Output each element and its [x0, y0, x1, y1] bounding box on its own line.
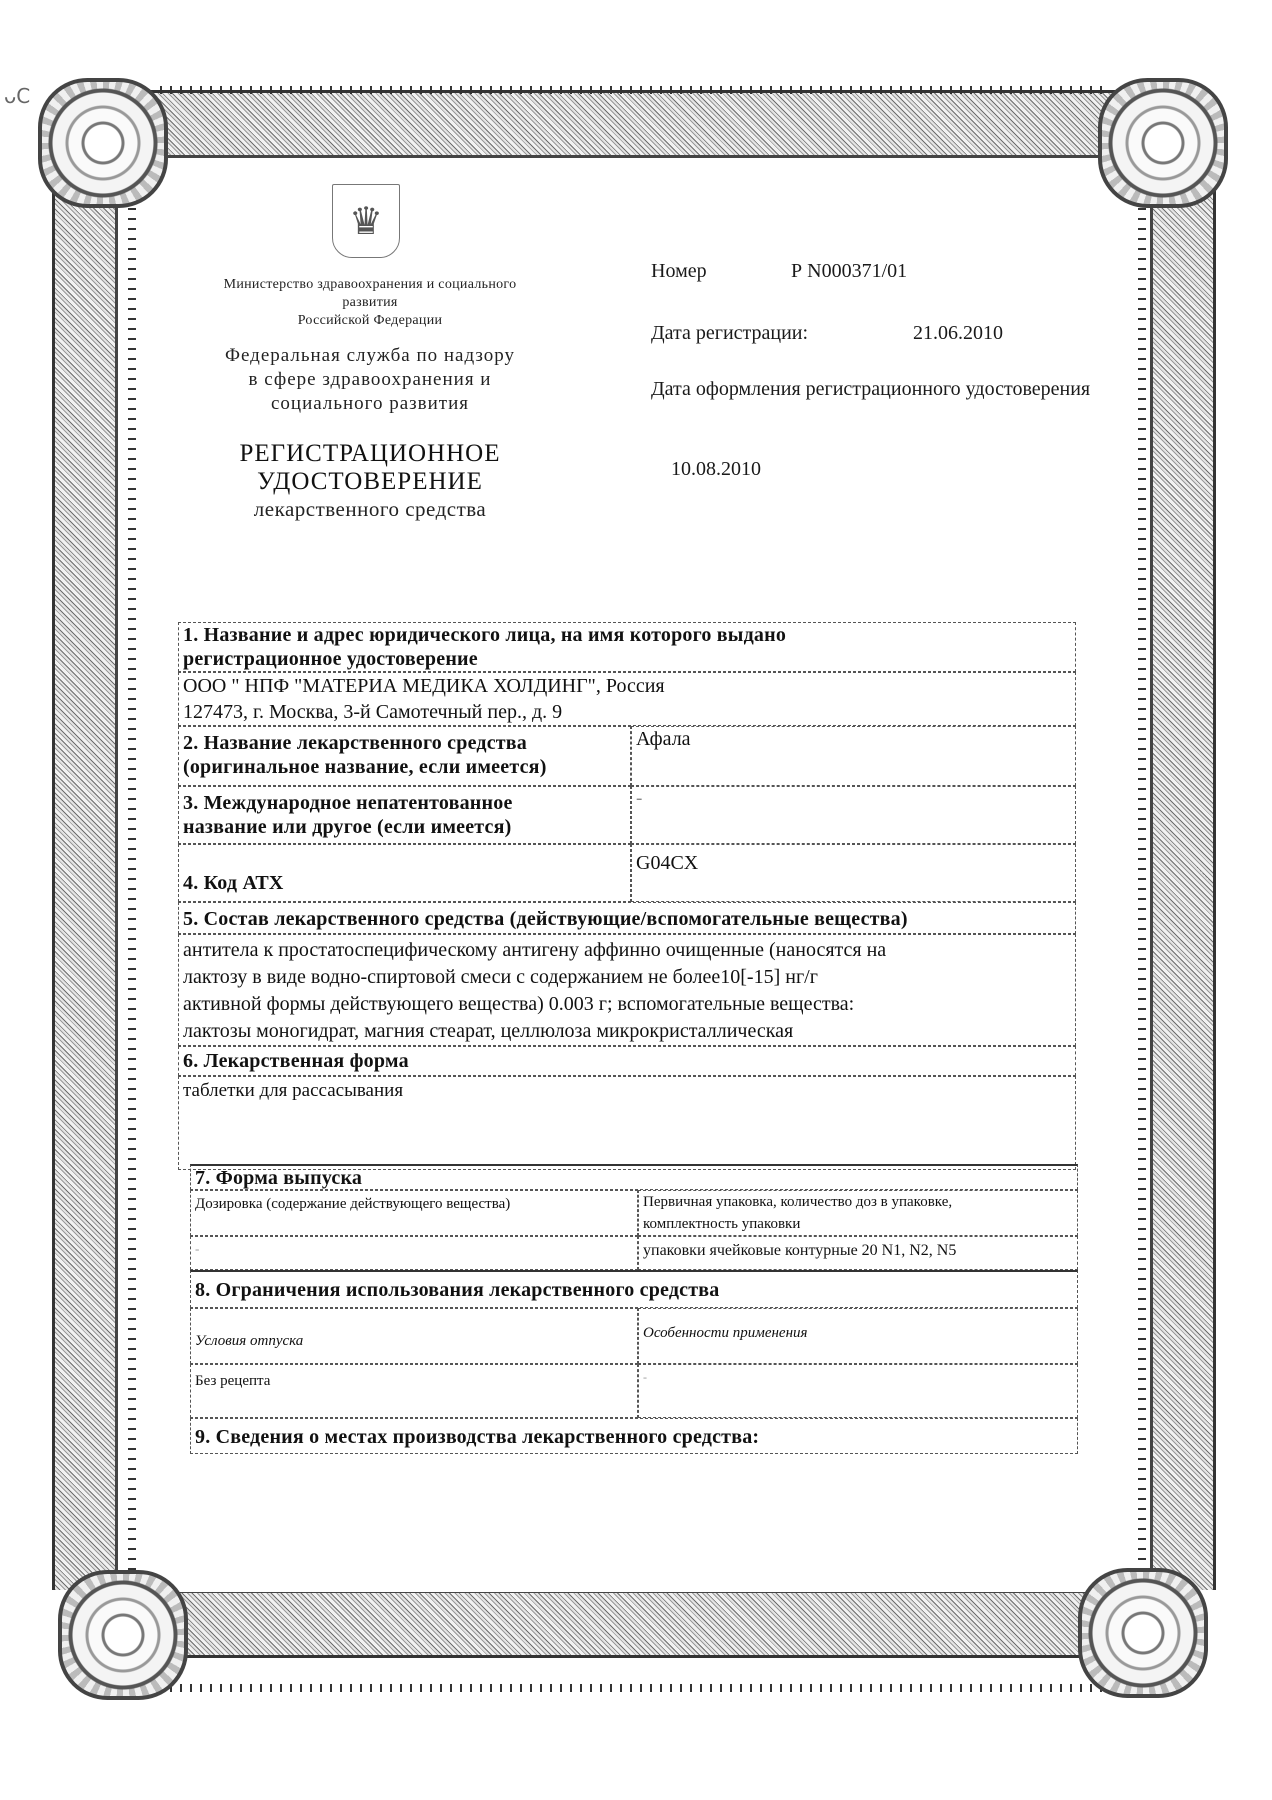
section-1-title: 1. Название и адрес юридического лица, н… [178, 622, 1076, 672]
document-title: РЕГИСТРАЦИОННОЕ УДОСТОВЕРЕНИЕ [160, 440, 580, 496]
release-form-dosage-header: Дозировка (содержание действующего вещес… [190, 1190, 638, 1236]
section-2-value: Афала [631, 726, 1076, 786]
title-line: регистрационное удостоверение [183, 647, 1071, 671]
section-6-title: 6. Лекарственная форма [178, 1046, 1076, 1076]
ministry-name: Министерство здравоохранения и социально… [160, 276, 580, 330]
title-line: УДОСТОВЕРЕНИЕ [160, 468, 580, 496]
title-line: 3. Международное непатентованное [183, 791, 626, 815]
document-subtitle: лекарственного средства [160, 496, 580, 522]
corner-rosette-icon [58, 1570, 188, 1700]
composition-line: лактозу в виде водно-спиртовой смеси с с… [183, 964, 1071, 991]
service-line: социального развития [160, 392, 580, 416]
organization-address: 127473, г. Москва, 3-й Самотечный пер., … [183, 699, 1071, 725]
organization-name: ООО " НПФ "МАТЕРИА МЕДИКА ХОЛДИНГ", Росс… [183, 673, 1071, 699]
composition-line: антитела к простатоспецифическому антиге… [183, 937, 1071, 964]
section-3-title: 3. Международное непатентованное названи… [178, 786, 631, 844]
dispensing-conditions-value: Без рецепта [190, 1364, 638, 1418]
release-form-packaging-value: упаковки ячейковые контурные 20 N1, N2, … [638, 1236, 1078, 1270]
corner-rosette-icon [1098, 78, 1228, 208]
release-form-packaging-header: Первичная упаковка, количество доз в упа… [638, 1190, 1078, 1236]
ornamental-border-bottom [150, 1590, 1120, 1658]
service-line: Федеральная служба по надзору [160, 344, 580, 368]
section-5-title: 5. Состав лекарственного средства (дейст… [178, 902, 1076, 934]
section-6-value: таблетки для рассасывания [178, 1076, 1076, 1170]
border-ticks-bottom [160, 1684, 1110, 1692]
border-ticks-top [160, 86, 1110, 94]
usage-features-value: - [638, 1364, 1078, 1418]
border-ticks-left [128, 200, 136, 1580]
section-4-value: G04CX [631, 844, 1076, 902]
usage-features-header: Особенности применения [638, 1308, 1078, 1364]
section-7-title: 7. Форма выпуска [190, 1164, 1078, 1190]
border-ticks-right [1138, 200, 1146, 1580]
issuer-block: Министерство здравоохранения и социально… [160, 276, 580, 522]
corner-rosette-icon [1078, 1568, 1208, 1698]
title-line: РЕГИСТРАЦИОННОЕ [160, 440, 580, 468]
margin-handwritten-note: ᴗС [4, 84, 30, 108]
composition-line: активной формы действующего вещества) 0.… [183, 991, 1071, 1018]
section-5-value: антитела к простатоспецифическому антиге… [178, 934, 1076, 1046]
number-label: Номер [651, 260, 707, 283]
coat-of-arms-icon: ♛ [332, 184, 400, 258]
issue-date-value: 10.08.2010 [671, 458, 761, 481]
section-3-value: - [631, 786, 1076, 844]
ornamental-border-left [52, 190, 118, 1590]
ministry-line: развития [160, 294, 580, 312]
composition-line: лактозы моногидрат, магния стеарат, целл… [183, 1018, 1071, 1045]
title-line: название или другое (если имеется) [183, 815, 626, 839]
service-name: Федеральная служба по надзору в сфере зд… [160, 344, 580, 416]
ministry-line: Российской Федерации [160, 312, 580, 330]
corner-rosette-icon [38, 78, 168, 208]
registration-date-value: 21.06.2010 [913, 322, 1003, 345]
service-line: в сфере здравоохранения и [160, 368, 580, 392]
ministry-line: Министерство здравоохранения и социально… [160, 276, 580, 294]
number-value: Р N000371/01 [791, 260, 907, 283]
section-2-title: 2. Название лекарственного средства (ори… [178, 726, 631, 786]
registration-date-label: Дата регистрации: [651, 322, 808, 345]
section-4-title: 4. Код АТХ [178, 844, 631, 902]
section-9-title: 9. Сведения о местах производства лекарс… [190, 1418, 1078, 1454]
section-8-title: 8. Ограничения использования лекарственн… [190, 1270, 1078, 1308]
release-form-dosage-value: - [190, 1236, 638, 1270]
issue-date-label: Дата оформления регистрационного удостов… [651, 376, 1091, 402]
ornamental-border-right [1150, 190, 1216, 1590]
ornamental-border-top [150, 90, 1120, 158]
title-line: 1. Название и адрес юридического лица, н… [183, 623, 1071, 647]
title-line: (оригинальное название, если имеется) [183, 755, 626, 779]
header-line: Первичная упаковка, количество доз в упа… [643, 1191, 1073, 1213]
section-1-value: ООО " НПФ "МАТЕРИА МЕДИКА ХОЛДИНГ", Росс… [178, 672, 1076, 726]
header-line: комплектность упаковки [643, 1213, 1073, 1235]
title-line: 2. Название лекарственного средства [183, 731, 626, 755]
dispensing-conditions-header: Условия отпуска [190, 1308, 638, 1364]
